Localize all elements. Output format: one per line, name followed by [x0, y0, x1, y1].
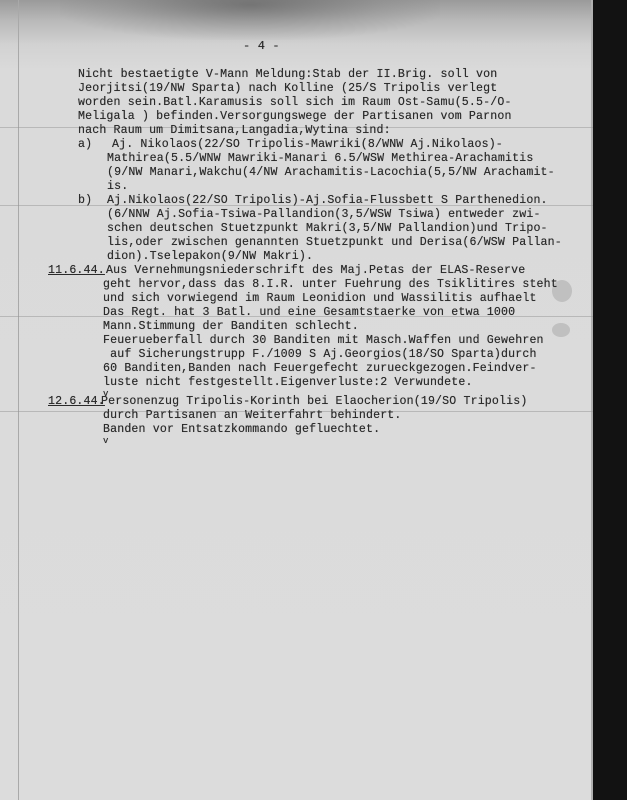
scan-edge-border	[593, 0, 627, 800]
route-b-line: dion).Tselepakon(9/NW Makri).	[107, 250, 313, 263]
route-a-marker: a)	[78, 138, 92, 151]
entry-line: Feuerueberfall durch 30 Banditen mit Mas…	[103, 334, 544, 347]
route-a-line: is.	[107, 180, 128, 193]
entry-line: und sich vorwiegend im Raum Leonidion un…	[103, 292, 537, 305]
margin-check-mark: v	[103, 435, 109, 448]
route-a-line: Aj. Nikolaos(22/SO Tripolis-Mawriki(8/WN…	[112, 138, 503, 151]
entry-line: Banden vor Entsatzkommando gefluechtet.	[103, 423, 380, 436]
route-b-line: schen deutschen Stuetzpunkt Makri(3,5/NW…	[107, 222, 548, 235]
entry-line: Mann.Stimmung der Banditen schlecht.	[103, 320, 359, 333]
entry-line: luste nicht festgestellt.Eigenverluste:2…	[103, 376, 473, 389]
page-number: - 4 -	[243, 40, 280, 53]
route-b-line: Aj.Nikolaos(22/SO Tripolis)-Aj.Sofia-Flu…	[107, 194, 548, 207]
scan-shadow	[60, 0, 440, 40]
intro-line: Nicht bestaetigte V-Mann Meldung:Stab de…	[78, 68, 497, 81]
route-a-line: (9/NW Manari,Wakchu(4/NW Arachamitis-Lac…	[107, 166, 555, 179]
route-b-line: (6/NNW Aj.Sofia-Tsiwa-Pallandion(3,5/WSW…	[107, 208, 541, 221]
entry-line: 60 Banditen,Banden nach Feuergefecht zur…	[103, 362, 537, 375]
route-a-line: Mathirea(5.5/WNW Mawriki-Manari 6.5/WSW …	[107, 152, 533, 165]
entry-line: durch Partisanen an Weiterfahrt behinder…	[103, 409, 402, 422]
entry-line: Aus Vernehmungsniederschrift des Maj.Pet…	[106, 264, 525, 277]
intro-line: nach Raum um Dimitsana,Langadia,Wytina s…	[78, 124, 391, 137]
entry-line: Personenzug Tripolis-Korinth bei Elaoche…	[101, 395, 527, 408]
entry-line: auf Sicherungstrupp F./1009 S Aj.Georgio…	[103, 348, 537, 361]
document-page: - 4 - Nicht bestaetigte V-Mann Meldung:S…	[0, 0, 593, 800]
route-b-marker: b)	[78, 194, 92, 207]
intro-line: worden sein.Batl.Karamusis soll sich im …	[78, 96, 512, 109]
entry-line: Das Regt. hat 3 Batl. und eine Gesamtsta…	[103, 306, 515, 319]
entry-date: 11.6.44.	[48, 264, 105, 277]
intro-line: Meligala ) befinden.Versorgungswege der …	[78, 110, 512, 123]
left-fold-line	[18, 0, 19, 800]
entry-line: geht hervor,dass das 8.I.R. unter Fuehru…	[103, 278, 558, 291]
stain	[552, 323, 570, 337]
intro-line: Jeorjitsi(19/NW Sparta) nach Kolline (25…	[78, 82, 497, 95]
entry-date: 12.6.44.	[48, 395, 105, 408]
route-b-line: lis,oder zwischen genannten Stuetzpunkt …	[107, 236, 562, 249]
